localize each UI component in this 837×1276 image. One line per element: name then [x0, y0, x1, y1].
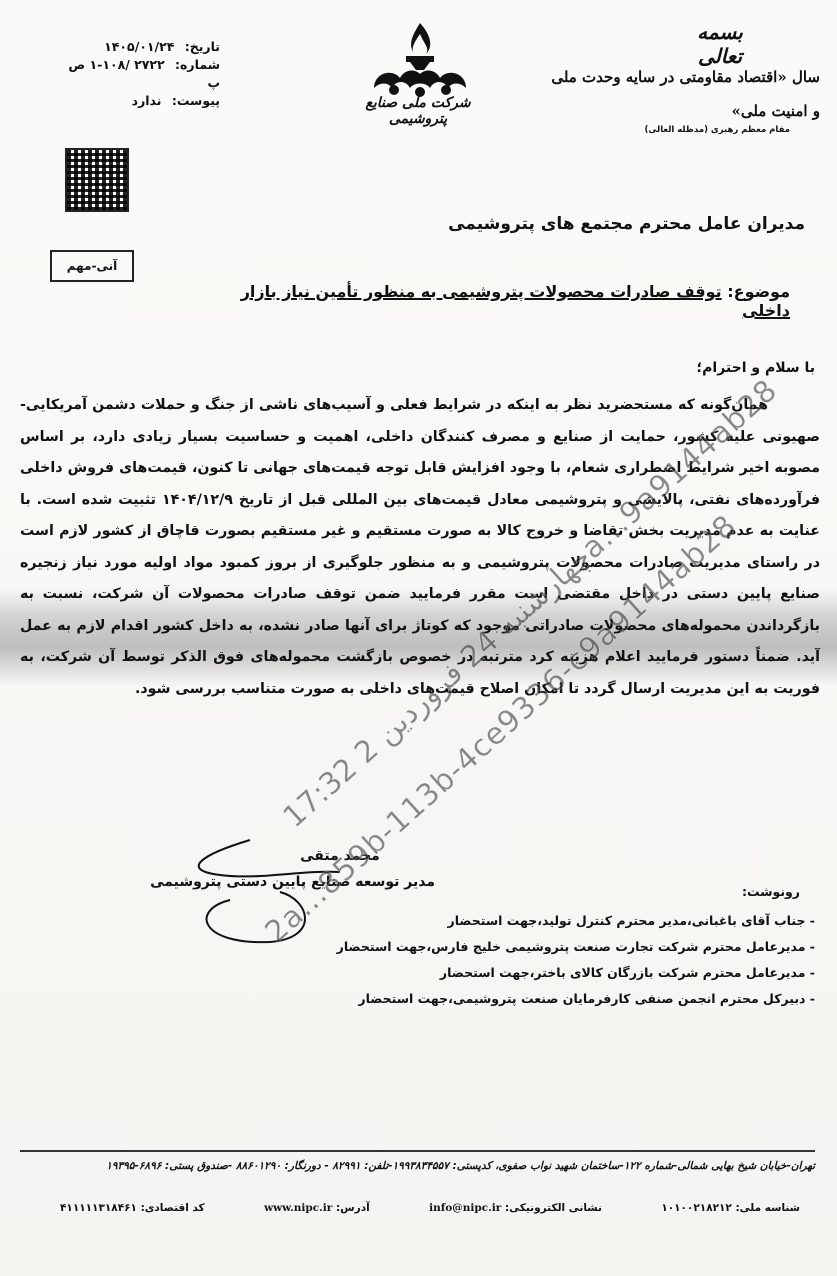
number-row: شماره: ۲۷۲۲ /۱۰۸-۱ ص پ — [60, 56, 220, 92]
footer-address: تهران-خیابان شیخ بهایی شمالی-شماره ۱۲۲-س… — [40, 1160, 815, 1172]
signatory-title: مدیر توسعه صنایع پایین دستی پتروشیمی — [90, 874, 435, 890]
attachment-label: پیوست: — [172, 93, 220, 108]
letter-page: تاریخ: ۱۴۰۵/۰۱/۲۴ شماره: ۲۷۲۲ /۱۰۸-۱ ص پ… — [0, 0, 837, 1276]
priority-badge: آنی-مهم — [50, 250, 134, 282]
cc-item: - مدیرعامل محترم شرکت تجارت صنعت پتروشیم… — [300, 934, 815, 960]
qr-code-icon — [65, 148, 129, 212]
email-link[interactable]: info@nipc.ir — [429, 1202, 501, 1214]
organization-name: شرکت ملی صنایع پتروشیمی — [348, 95, 488, 127]
economic-code: کد اقتصادی: ۴۱۱۱۱۱۳۱۸۴۶۱ — [60, 1202, 205, 1214]
date-value: ۱۴۰۵/۰۱/۲۴ — [104, 39, 174, 54]
date-label: تاریخ: — [185, 39, 220, 54]
attachment-row: پیوست: ندارد — [60, 92, 220, 110]
footer-divider — [20, 1150, 815, 1152]
date-row: تاریخ: ۱۴۰۵/۰۱/۲۴ — [60, 38, 220, 56]
year-slogan: سال «اقتصاد مقاومتی در سایه وحدت ملی و ا… — [540, 60, 820, 128]
cc-item: - مدیرعامل محترم شرکت بازرگان کالای باخت… — [300, 960, 815, 986]
email-contact: نشانی الکترونیکی: info@nipc.ir — [429, 1202, 602, 1214]
subject-text: توقف صادرات محصولات پتروشیمی به منظور تأ… — [241, 282, 790, 320]
cc-item: - دبیرکل محترم انجمن صنفی کارفرمایان صنع… — [300, 986, 815, 1012]
footer-contacts: شناسه ملی: ۱۰۱۰۰۲۱۸۲۱۲ نشانی الکترونیکی:… — [60, 1202, 800, 1214]
website-link[interactable]: www.nipc.ir — [264, 1202, 332, 1214]
slogan-source: مقام معظم رهبری (مدظله العالی) — [540, 125, 790, 135]
national-id: شناسه ملی: ۱۰۱۰۰۲۱۸۲۱۲ — [661, 1202, 800, 1214]
number-label: شماره: — [175, 57, 220, 72]
attachment-value: ندارد — [132, 93, 162, 108]
cc-label: رونوشت: — [700, 884, 800, 899]
greeting: با سلام و احترام؛ — [550, 360, 815, 376]
letter-meta: تاریخ: ۱۴۰۵/۰۱/۲۴ شماره: ۲۷۲۲ /۱۰۸-۱ ص پ… — [60, 38, 220, 110]
subject-label: موضوع: — [727, 282, 790, 301]
subject-line: موضوع: توقف صادرات محصولات پتروشیمی به م… — [200, 282, 790, 320]
cc-list: - جناب آقای باغبانی،مدیر محترم کنترل تول… — [300, 908, 815, 1012]
website-contact: آدرس: www.nipc.ir — [264, 1202, 370, 1214]
addressee: مدیران عامل محترم مجتمع های پتروشیمی — [300, 214, 805, 234]
cc-item: - جناب آقای باغبانی،مدیر محترم کنترل تول… — [300, 908, 815, 934]
